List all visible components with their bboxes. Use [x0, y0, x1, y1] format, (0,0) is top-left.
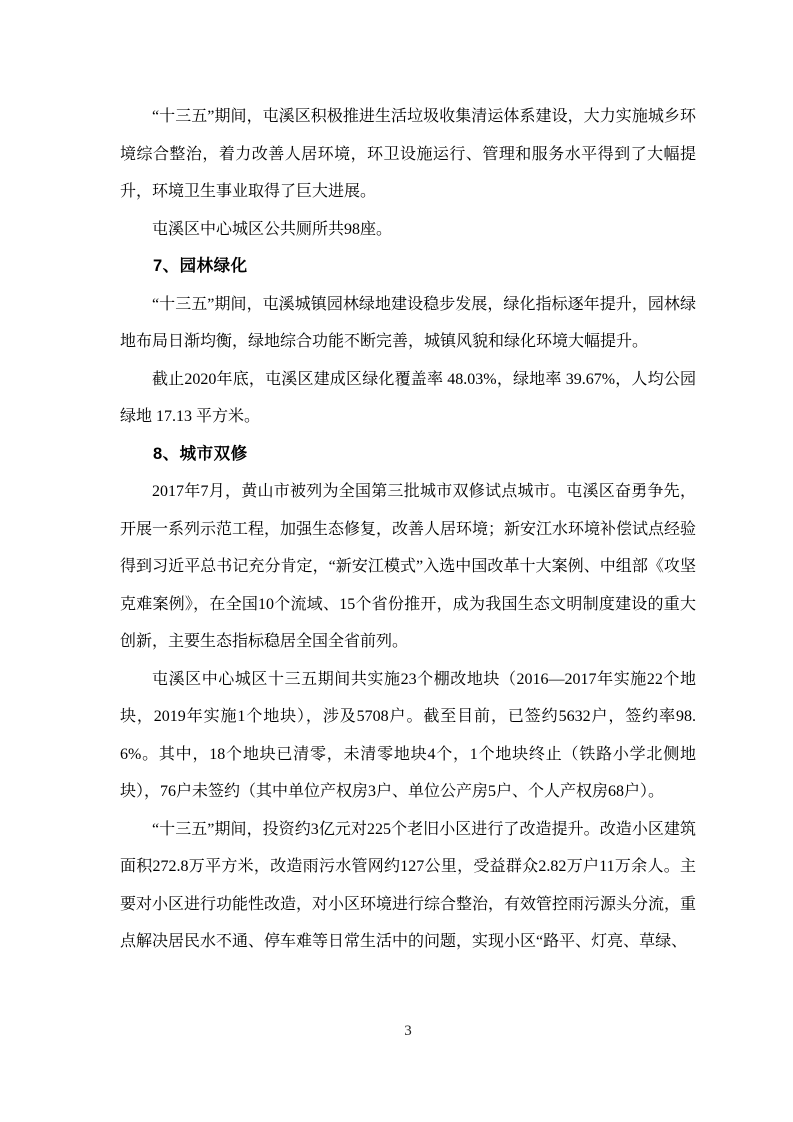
document-page: { "colors": { "background": "#ffffff", "… [0, 0, 793, 1122]
paragraph-shantytown-renovation: 屯溪区中心城区十三五期间共实施23个棚改地块（2016—2017年实施22个地块… [120, 661, 696, 811]
page-number: 3 [120, 1022, 696, 1040]
paragraph-sanitation-summary: “十三五”期间，屯溪区积极推进生活垃圾收集清运体系建设，大力实施城乡环境综合整治… [120, 98, 696, 211]
paragraph-public-toilets: 屯溪区中心城区公共厕所共98座。 [120, 211, 696, 249]
section-heading-7-landscaping: 7、园林绿化 [120, 248, 696, 286]
paragraph-old-community-renovation: “十三五”期间，投资约3亿元对225个老旧小区进行了改造提升。改造小区建筑面积2… [120, 811, 696, 961]
paragraph-greening-progress: “十三五”期间，屯溪城镇园林绿地建设稳步发展，绿化指标逐年提升，园林绿地布局日渐… [120, 286, 696, 361]
paragraph-urban-renewal-pilot: 2017年7月，黄山市被列为全国第三批城市双修试点城市。屯溪区奋勇争先，开展一系… [120, 473, 696, 661]
page: “十三五”期间，屯溪区积极推进生活垃圾收集清运体系建设，大力实施城乡环境综合整治… [0, 0, 793, 1122]
section-heading-8-urban-renewal: 8、城市双修 [120, 436, 696, 474]
document-body: “十三五”期间，屯溪区积极推进生活垃圾收集清运体系建设，大力实施城乡环境综合整治… [120, 98, 696, 961]
paragraph-greening-statistics: 截止2020年底，屯溪区建成区绿化覆盖率 48.03%，绿地率 39.67%，人… [120, 361, 696, 436]
